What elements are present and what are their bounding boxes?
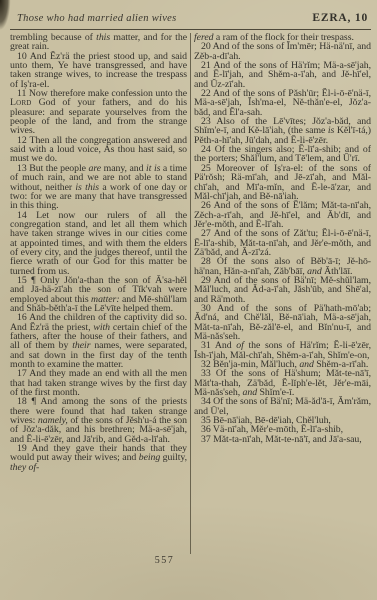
verse-paragraph: 21 And of the sons of Hä'rĭm; Mä-a-sē'ja…	[194, 61, 371, 89]
verse-text: being	[139, 452, 161, 463]
verse-paragraph: 24 Of the singers also; Ē-lī'a-shib; and…	[194, 145, 371, 164]
verse-paragraph: 20 And of the sons of Ĭm'mēr; Hä-nä'nī, …	[194, 42, 371, 61]
page-number: 557	[0, 555, 353, 566]
verse-text: 24 Of the singers also; Ē-lī'a-shib; and…	[194, 144, 371, 164]
verse-paragraph: 19 And they gave their hands that they w…	[10, 444, 187, 472]
verse-text: 30 And of the sons of Pä'hath-mō'ab; Ăd'…	[194, 303, 371, 342]
text-columns: trembling because of this matter, and fo…	[10, 33, 371, 554]
verse-text: 17 And they made an end with all the men…	[10, 368, 187, 398]
verse-paragraph: 11 Now therefore make confession unto th…	[10, 89, 187, 136]
left-column: trembling because of this matter, and fo…	[10, 33, 187, 554]
verse-paragraph: 18 ¶ And among the sons of the priests t…	[10, 397, 187, 444]
verse-paragraph: 28 Of the sons also of Bĕb'ā-ī; Jĕ-hō-hä…	[194, 257, 371, 276]
verse-text: God of your fathers, and do his pleasure…	[10, 97, 187, 136]
verse-paragraph: 23 Also of the Lē'vītes; Jŏz'a-băd, and …	[194, 117, 371, 145]
verse-paragraph: 10 And Ĕz'rä the priest stood up, and sa…	[10, 52, 187, 89]
verse-text: 21 And of the sons of Hä'rĭm; Mä-a-sē'ja…	[194, 60, 371, 90]
verse-paragraph: 25 Moreover of Iṣ'ra-el: of the sons of …	[194, 164, 371, 201]
verse-text: 29 And of the sons of Bä'nī; Mĕ-shŭl'lam…	[194, 275, 371, 305]
verse-paragraph: 34 Of the sons of Bä'nī; Mä-ăd'ā-ī, Ăm'r…	[194, 397, 371, 416]
bible-page: Those who had married alien wives EZRA, …	[0, 0, 377, 600]
verse-paragraph: 31 And of the sons of Hä'rĭm; Ĕ-li-ē'zēr…	[194, 341, 371, 360]
verse-text: 12 Then all the congregation answered an…	[10, 135, 187, 165]
book-chapter-label: EZRA, 10	[312, 12, 368, 24]
verse-paragraph: 13 But the people are many, and it is a …	[10, 164, 187, 211]
right-column: fered a ram of the flock for their tresp…	[194, 33, 371, 554]
verse-paragraph: 12 Then all the congregation answered an…	[10, 136, 187, 164]
column-divider	[190, 33, 191, 554]
verse-paragraph: 27 And of the sons of Zăt'tu; Ĕl-i-ō-ē'n…	[194, 229, 371, 257]
verse-continuation: trembling because of this matter, and fo…	[10, 33, 187, 52]
verse-text: 27 And of the sons of Zăt'tu; Ĕl-i-ō-ē'n…	[194, 228, 371, 258]
verse-text: 37 Măt-ta-nī'ah, Măt-te-nā'ī, and Jā'a-s…	[201, 434, 362, 445]
verse-paragraph: 33 Of the sons of Hä'shum; Măt-te-nā'ī, …	[194, 369, 371, 397]
verse-text: this	[96, 33, 110, 43]
header-rule	[10, 29, 371, 30]
verse-text: 34 Of the sons of Bä'nī; Mä-ăd'ā-ī, Ăm'r…	[194, 396, 371, 416]
verse-paragraph: 22 And of the sons of Păsh'ūr; Ĕl-i-ō-ē'…	[194, 89, 371, 117]
verse-text: 20 And of the sons of Ĭm'mēr; Hä-nä'nī, …	[194, 41, 371, 61]
verse-text: they of-	[10, 462, 39, 473]
verse-paragraph: 14 Let now our rulers of all the congreg…	[10, 211, 187, 276]
verse-paragraph: 29 And of the sons of Bä'nī; Mĕ-shŭl'lam…	[194, 276, 371, 304]
verse-paragraph: 26 And of the sons of Ē'lăm; Măt-ta-nī'a…	[194, 201, 371, 229]
verse-text: guilty,	[160, 452, 187, 463]
page-corner-shadow	[0, 0, 12, 36]
verse-paragraph: 17 And they made an end with all the men…	[10, 369, 187, 397]
page-header: Those who had married alien wives EZRA, …	[17, 12, 368, 24]
verse-text: 10 And Ĕz'rä the priest stood up, and sa…	[10, 51, 187, 90]
verse-paragraph: 15 ¶ Only Jŏn'a-than the son of Ā'sa-hĕl…	[10, 276, 187, 313]
verse-text: 25 Moreover of Iṣ'ra-el: of the sons of …	[194, 163, 371, 202]
verse-paragraph: 30 And of the sons of Pä'hath-mō'ab; Ăd'…	[194, 304, 371, 341]
verse-text: 26 And of the sons of Ē'lăm; Măt-ta-nī'a…	[194, 200, 371, 230]
running-head: Those who had married alien wives	[17, 13, 177, 24]
verse-paragraph: 37 Măt-ta-nī'ah, Măt-te-nā'ī, and Jā'a-s…	[194, 435, 371, 444]
verse-text: 14 Let now our rulers of all the congreg…	[10, 210, 187, 277]
verse-text: 22 And of the sons of Păsh'ūr; Ĕl-i-ō-ē'…	[194, 88, 371, 118]
verse-paragraph: 16 And the children of the captivity did…	[10, 313, 187, 369]
